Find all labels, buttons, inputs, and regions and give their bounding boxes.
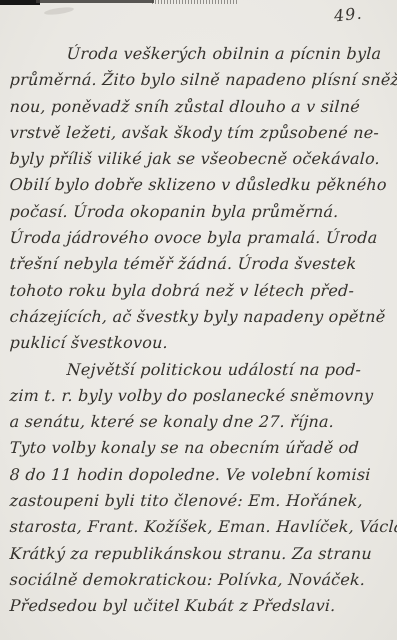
- manuscript-line: nou, poněvadž sníh zůstal dlouho a v sil…: [9, 94, 394, 120]
- manuscript-text-block: Úroda veškerých obilnin a pícnin byla pr…: [9, 41, 393, 620]
- manuscript-line: třešní nebyla téměř žádná. Úroda švestek: [9, 251, 394, 277]
- manuscript-line: Tyto volby konaly se na obecním úřadě od: [9, 435, 394, 461]
- manuscript-line: Největší politickou událostí na pod-: [9, 357, 394, 383]
- manuscript-line: cházejících, ač švestky byly napadeny op…: [9, 304, 394, 330]
- manuscript-line: Předsedou byl učitel Kubát z Předslavi.: [9, 593, 394, 619]
- manuscript-line: sociálně demokratickou: Polívka, Nováček…: [9, 567, 394, 593]
- manuscript-line: počasí. Úroda okopanin byla průměrná.: [9, 199, 394, 225]
- scan-artifact-smudge: [44, 6, 75, 16]
- manuscript-line: vrstvě ležeti, avšak škody tím způsobené…: [9, 120, 394, 146]
- manuscript-line: zim t. r. byly volby do poslanecké sněmo…: [9, 383, 394, 409]
- manuscript-line: starosta, Frant. Kožíšek, Eman. Havlíček…: [9, 514, 394, 540]
- manuscript-line: byly příliš viliké jak se všeobecně oček…: [9, 146, 394, 172]
- manuscript-line: tohoto roku byla dobrá než v létech před…: [9, 278, 394, 304]
- manuscript-line: puklicí švestkovou.: [9, 330, 394, 356]
- scan-artifact-black-bar: [0, 0, 40, 5]
- manuscript-line: Obilí bylo dobře sklizeno v důsledku pěk…: [9, 172, 394, 198]
- manuscript-line: Úroda veškerých obilnin a pícnin byla: [9, 41, 394, 67]
- manuscript-line: a senátu, které se konaly dne 27. října.: [9, 409, 394, 435]
- manuscript-line: průměrná. Žito bylo silně napadeno plísn…: [9, 67, 394, 93]
- scan-artifact-thin-line: [36, 0, 154, 3]
- manuscript-line: 8 do 11 hodin dopoledne. Ve volební komi…: [9, 462, 394, 488]
- manuscript-line: Krátký za republikánskou stranu. Za stra…: [9, 541, 394, 567]
- manuscript-line: Úroda jádrového ovoce byla pramalá. Úrod…: [9, 225, 394, 251]
- page-number: 49.: [333, 4, 363, 26]
- manuscript-line: zastoupeni byli tito členové: Em. Hořáne…: [9, 488, 394, 514]
- manuscript-page: 49. Úroda veškerých obilnin a pícnin byl…: [0, 0, 397, 640]
- scan-artifact-hatch-marks: [152, 0, 238, 4]
